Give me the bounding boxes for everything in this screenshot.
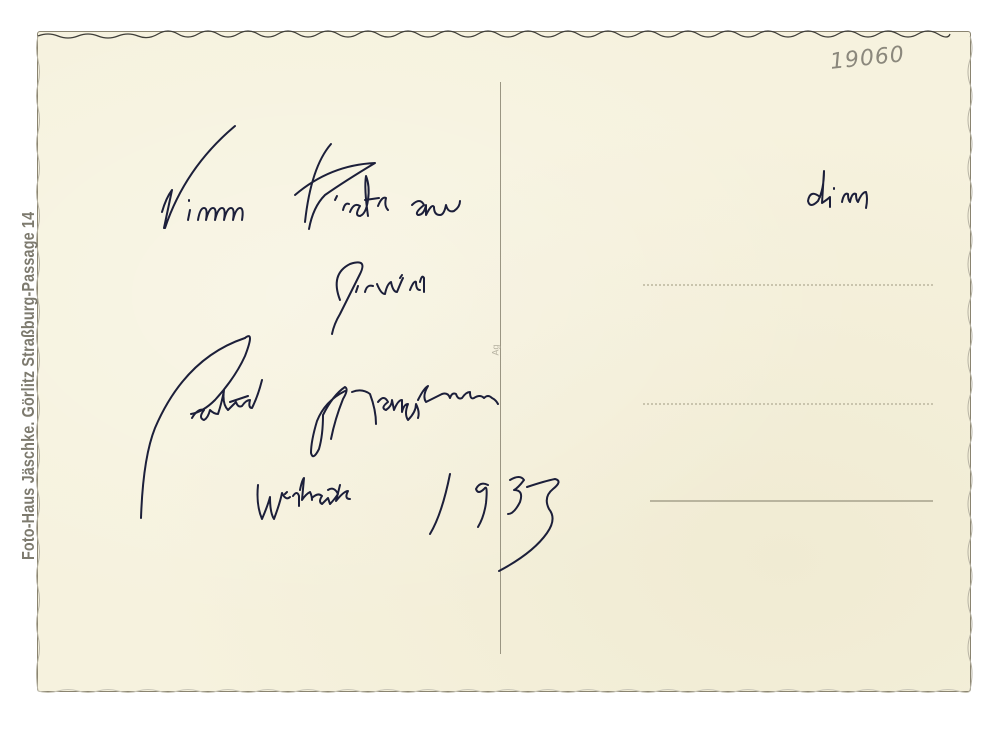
handwriting-word-nimm (162, 126, 243, 228)
handwriting-year-1938 (430, 474, 559, 571)
handwriting-word-gerhart (141, 336, 262, 518)
handwriting-word-schwaeche (332, 262, 424, 334)
handwriting-word-kraft (295, 144, 388, 229)
handwriting-word-aus (412, 201, 460, 215)
handwriting-word-deiner (808, 171, 867, 208)
handwriting-word-hauptmann (311, 386, 498, 456)
handwriting-line-1: Nimm Kraft aus deiner (160, 170, 172, 171)
handwriting-line-2: Schwäche (330, 270, 335, 271)
dateline: Weihnachten 1938 (260, 490, 269, 491)
handwriting-word-weihnachten (258, 478, 351, 519)
signature: Gerhart Hauptmann (160, 400, 170, 401)
handwriting-ink (0, 0, 1000, 738)
